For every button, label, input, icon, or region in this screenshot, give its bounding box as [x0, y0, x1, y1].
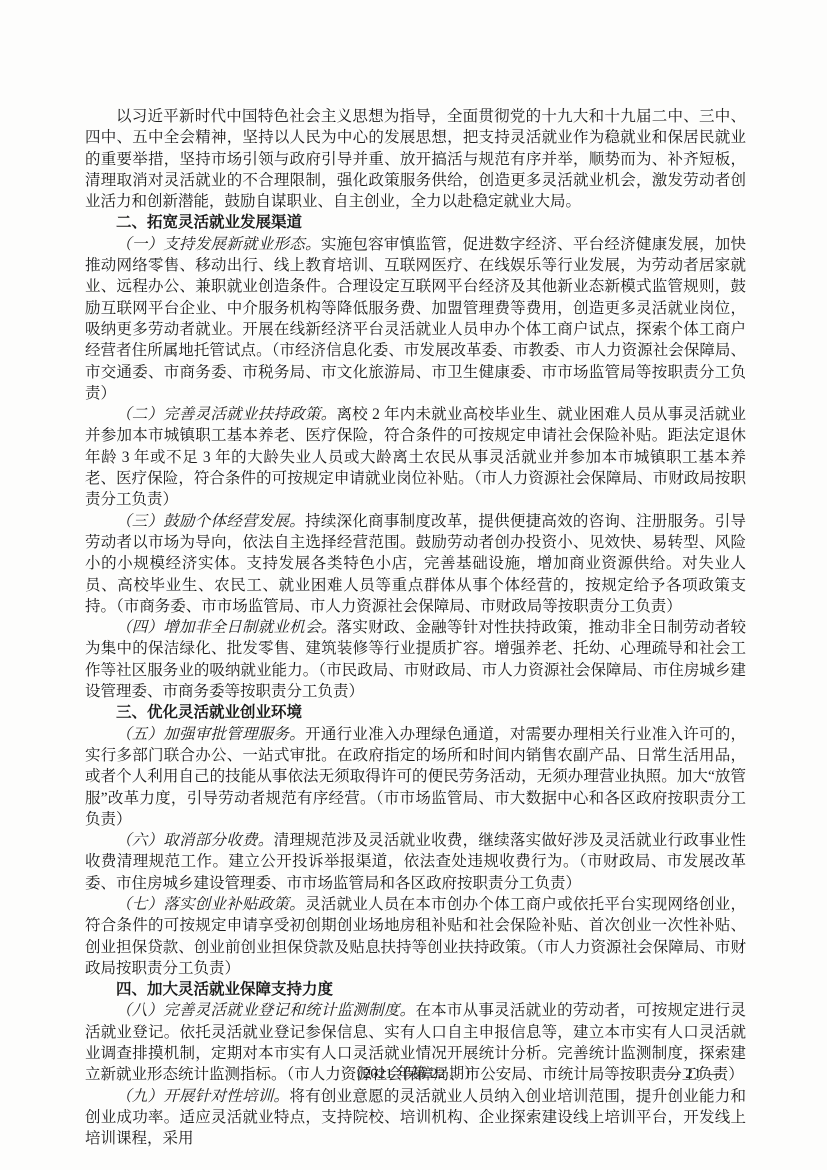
- policy-item-3: （三）鼓励个体经营发展。持续深化商事制度改革，提供便捷高效的咨询、注册服务。引导…: [85, 511, 746, 617]
- item-8-lead: （八）完善灵活就业登记和统计监测制度。: [116, 1002, 415, 1019]
- policy-item-1: （一）支持发展新就业形态。实施包容审慎监管，促进数字经济、平台经济健康发展，加快…: [85, 234, 746, 404]
- intro-paragraph: 以习近平新时代中国特色社会主义思想为指导，全面贯彻党的十九大和十九届二中、三中、…: [85, 106, 746, 212]
- item-4-lead: （四）增加非全日制就业机会。: [116, 619, 337, 636]
- policy-item-2: （二）完善灵活就业扶持政策。离校 2 年内未就业高校毕业生、就业困难人员从事灵活…: [85, 404, 746, 510]
- page-number: — 21 —: [665, 1064, 724, 1084]
- item-1-lead: （一）支持发展新就业形态。: [116, 236, 321, 253]
- item-1-body: 实施包容审慎监管，促进数字经济、平台经济健康发展，加快推动网络零售、移动出行、线…: [85, 236, 746, 402]
- section-heading-3: 三、优化灵活就业创业环境: [85, 702, 746, 723]
- document-body: 以习近平新时代中国特色社会主义思想为指导，全面贯彻党的十九大和十九届二中、三中、…: [85, 106, 746, 1150]
- policy-item-6: （六）取消部分收费。清理规范涉及灵活就业收费，继续落实做好涉及灵活就业行政事业性…: [85, 830, 746, 894]
- item-7-lead: （七）落实创业补贴政策。: [116, 896, 305, 913]
- policy-item-7: （七）落实创业补贴政策。灵活就业人员在本市创办个体工商户或依托平台实现网络创业，…: [85, 894, 746, 979]
- policy-item-4: （四）增加非全日制就业机会。落实财政、金融等针对性扶持政策，推动非全日制劳动者较…: [85, 617, 746, 702]
- item-2-lead: （二）完善灵活就业扶持政策。: [116, 406, 337, 423]
- document-page: 以习近平新时代中国特色社会主义思想为指导，全面贯彻党的十九大和十九届二中、三中、…: [0, 0, 827, 1170]
- item-9-lead: （九）开展针对性培训。: [116, 1088, 289, 1105]
- section-heading-2: 二、拓宽灵活就业发展渠道: [85, 212, 746, 233]
- item-6-lead: （六）取消部分收费。: [116, 832, 274, 849]
- item-5-lead: （五）加强审批管理服务。: [116, 726, 305, 743]
- section-heading-4: 四、加大灵活就业保障支持力度: [85, 979, 746, 1000]
- item-3-lead: （三）鼓励个体经营发展。: [116, 513, 305, 530]
- policy-item-9: （九）开展针对性培训。将有创业意愿的灵活就业人员纳入创业培训范围，提升创业能力和…: [85, 1086, 746, 1150]
- policy-item-5: （五）加强审批管理服务。开通行业准入办理绿色通道，对需要办理相关行业准入许可的，…: [85, 724, 746, 830]
